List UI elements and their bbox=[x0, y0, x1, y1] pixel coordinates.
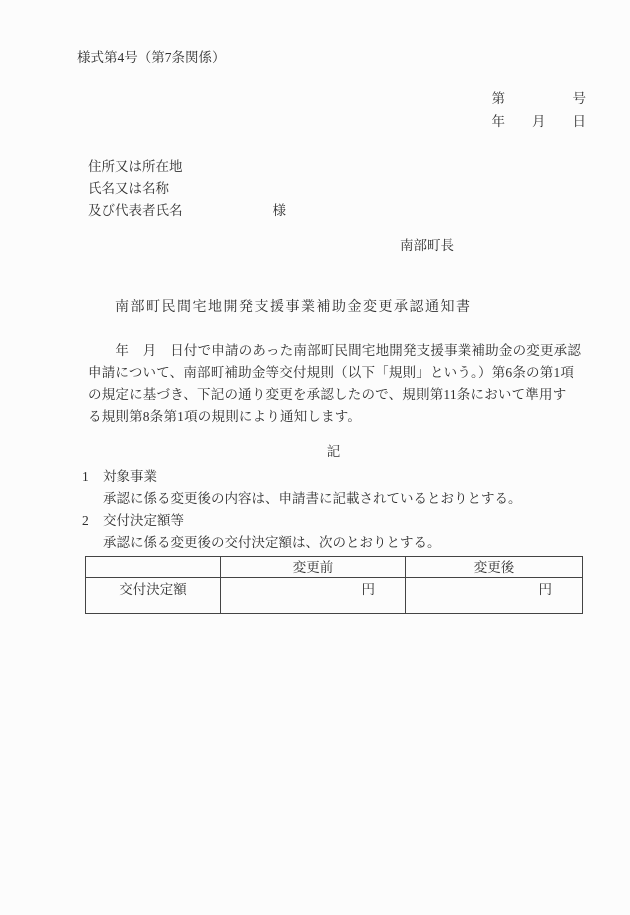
decision-amount-table: 変更前 変更後 交付決定額 円 円 bbox=[85, 556, 583, 614]
sender-title: 南部町長 bbox=[400, 238, 454, 253]
item-text: 承認に係る変更後の内容は、申請書に記載されているとおりとする。 bbox=[103, 488, 522, 510]
item-text: 承認に係る変更後の交付決定額は、次のとおりとする。 bbox=[103, 532, 522, 554]
item-list: 1対象事業 承認に係る変更後の内容は、申請書に記載されているとおりとする。 2交… bbox=[82, 466, 522, 554]
recipient-representative-label: 及び代表者氏名 bbox=[88, 203, 183, 218]
document-title: 南部町民間宅地開発支援事業補助金変更承認通知書 bbox=[115, 300, 472, 315]
document-number-line: 第 号 bbox=[492, 87, 587, 110]
list-item: 1対象事業 承認に係る変更後の内容は、申請書に記載されているとおりとする。 bbox=[82, 466, 522, 510]
table-header-empty bbox=[86, 557, 221, 578]
amount-before-cell: 円 bbox=[221, 578, 406, 614]
recipient-representative-line: 及び代表者氏名様 bbox=[88, 200, 286, 222]
body-paragraph: 年 月 日付で申請のあった南部町民間宅地開発支援事業補助金の変更承認 申請につい… bbox=[88, 340, 588, 428]
recipient-name-label: 氏名又は名称 bbox=[88, 178, 286, 200]
item-number: 2 bbox=[82, 510, 103, 532]
body-line: 申請について、南部町補助金等交付規則（以下「規則」という。）第6条の第1項 bbox=[88, 362, 588, 384]
document-number-block: 第 号 年 月 日 bbox=[492, 87, 587, 133]
ki-marker: 記 bbox=[85, 444, 582, 459]
item-heading: 対象事業 bbox=[103, 469, 157, 484]
item-number: 1 bbox=[82, 466, 103, 488]
item-heading: 交付決定額等 bbox=[103, 513, 184, 528]
body-line: の規定に基づき、下記の通り変更を承認したので、規則第11条において準用す bbox=[88, 384, 588, 406]
table-row: 交付決定額 円 円 bbox=[86, 578, 583, 614]
list-item: 2交付決定額等 承認に係る変更後の交付決定額は、次のとおりとする。 bbox=[82, 510, 522, 554]
body-line: 年 月 日付で申請のあった南部町民間宅地開発支援事業補助金の変更承認 bbox=[88, 340, 588, 362]
body-line: る規則第8条第1項の規則により通知します。 bbox=[88, 406, 588, 428]
recipient-honorific: 様 bbox=[273, 200, 287, 222]
date-line: 年 月 日 bbox=[492, 110, 587, 133]
form-number: 様式第4号（第7条関係） bbox=[77, 50, 226, 65]
document-page: 様式第4号（第7条関係） 第 号 年 月 日 住所又は所在地 氏名又は名称 及び… bbox=[0, 0, 630, 915]
table-header-before: 変更前 bbox=[221, 557, 406, 578]
table-header-after: 変更後 bbox=[406, 557, 583, 578]
table-row-label: 交付決定額 bbox=[86, 578, 221, 614]
table-header-row: 変更前 変更後 bbox=[86, 557, 583, 578]
amount-after-cell: 円 bbox=[406, 578, 583, 614]
recipient-block: 住所又は所在地 氏名又は名称 及び代表者氏名様 bbox=[88, 156, 286, 222]
recipient-address-label: 住所又は所在地 bbox=[88, 156, 286, 178]
